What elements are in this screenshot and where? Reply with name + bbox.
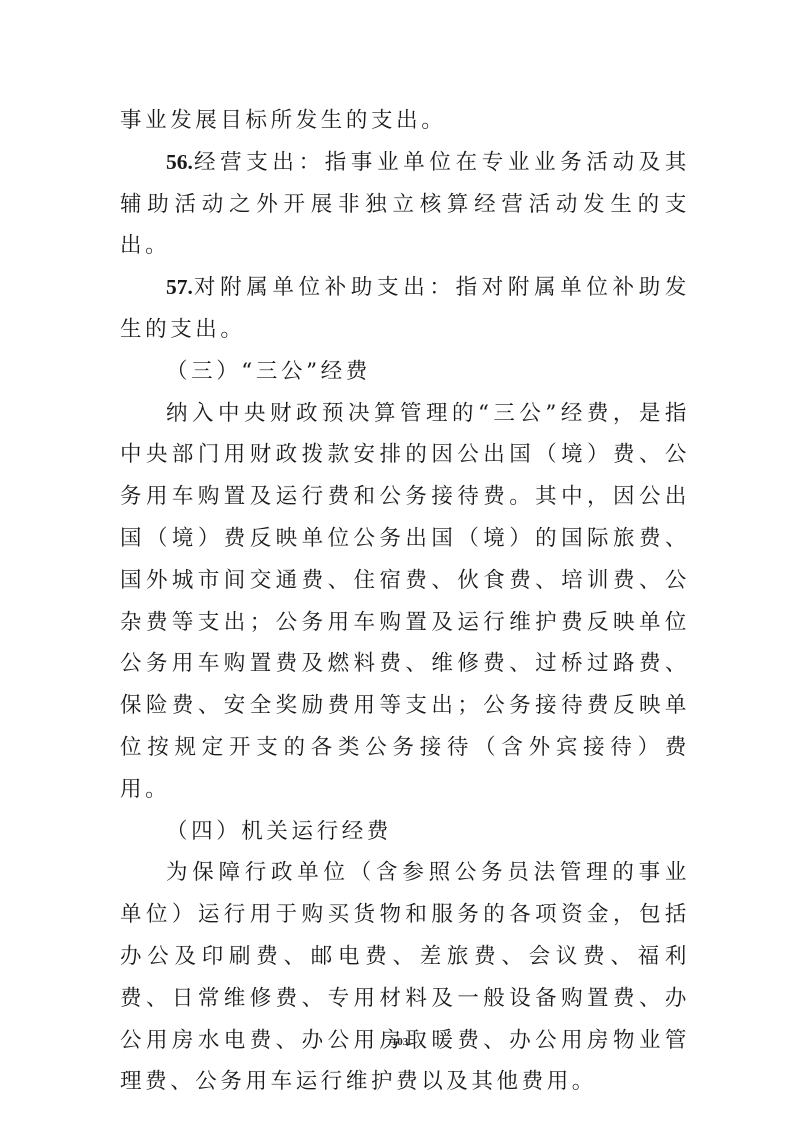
paragraph-three-public-expenses: 纳入中央财政预决算管理的“三公”经费，是指中央部门用财政拨款安排的因公出国（境）… [120, 393, 690, 811]
section-heading-operating-funds: （四）机关运行经费 [120, 811, 690, 853]
item-57-subsidiary-subsidy: 57.对附属单位补助支出：指对附属单位补助发生的支出。 [120, 267, 690, 351]
item-number: 56. [166, 150, 193, 174]
item-number: 57. [166, 275, 193, 299]
item-text: 对附属单位补助支出：指对附属单位补助发生的支出。 [120, 275, 690, 342]
item-56-operating-expenditure: 56.经营支出：指事业单位在专业业务活动及其辅助活动之外开展非独立核算经营活动发… [120, 142, 690, 267]
document-page: 事业发展目标所发生的支出。 56.经营支出：指事业单位在专业业务活动及其辅助活动… [120, 100, 690, 1103]
section-heading-three-public: （三）“三公”经费 [120, 351, 690, 393]
page-number: 103 [0, 1036, 800, 1048]
paragraph-continuation: 事业发展目标所发生的支出。 [120, 100, 690, 142]
item-text: 经营支出：指事业单位在专业业务活动及其辅助活动之外开展非独立核算经营活动发生的支… [120, 150, 690, 259]
paragraph-operating-funds: 为保障行政单位（含参照公务员法管理的事业单位）运行用于购买货物和服务的各项资金，… [120, 852, 690, 1103]
